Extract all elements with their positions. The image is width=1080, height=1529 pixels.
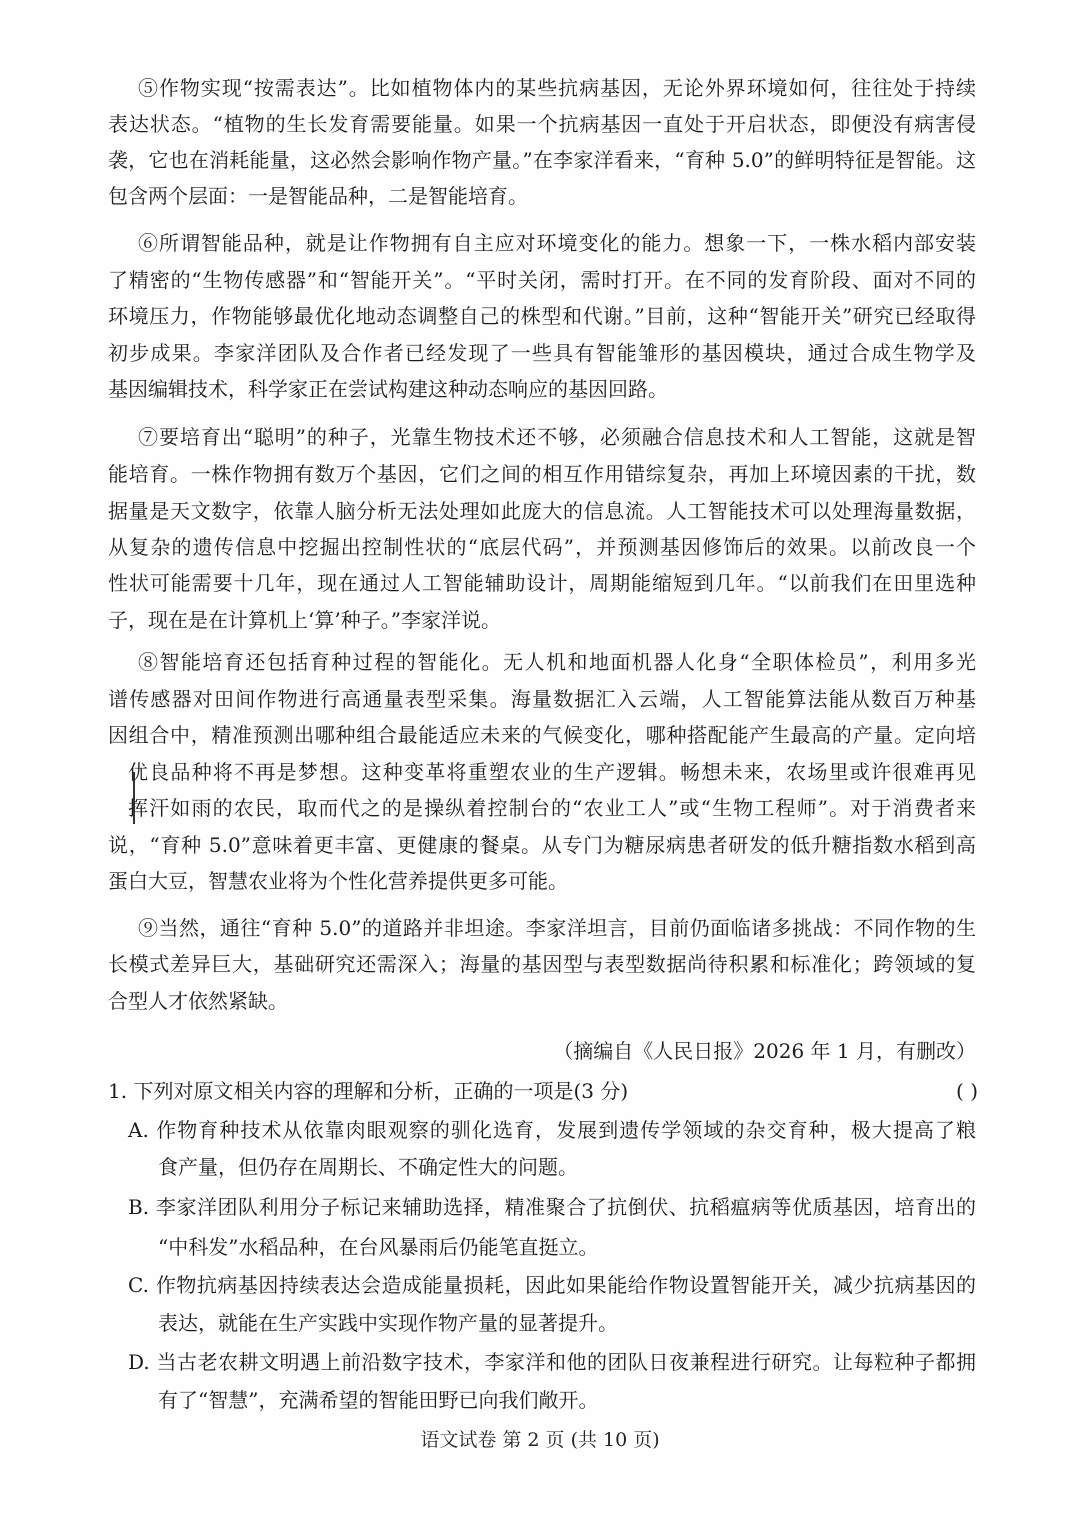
text-line: 说，“育种 5.0”意味着更丰富、更健康的餐桌。从专门为糖尿病患者研发的低升糖指… (108, 833, 976, 857)
option-line: 有了“智慧”，充满希望的智能田野已向我们敞开。 (158, 1388, 976, 1412)
text-line: 了精密的“生物传感器”和“智能开关”。“平时关闭，需时打开。在不同的发育阶段、面… (108, 268, 976, 292)
text-line: ⑨当然，通往“育种 5.0”的道路并非坦途。李家洋坦言，目前仍面临诸多挑战：不同… (138, 916, 976, 940)
source-citation: （摘编自《人民日报》2026 年 1 月，有删改） (553, 1039, 976, 1063)
option-line: B. 李家洋团队利用分子标记来辅助选择，精准聚合了抗倒伏、抗稻瘟病等优质基因，培… (128, 1195, 976, 1219)
text-line: 性状可能需要十几年，现在通过人工智能辅助设计，周期能缩短到几年。“以前我们在田里… (108, 571, 976, 595)
text-line: 初步成果。李家洋团队及合作者已经发现了一些具有智能雏形的基因模块，通过合成生物学… (108, 341, 976, 365)
option-line: 表达，就能在生产实践中实现作物产量的显著提升。 (158, 1311, 976, 1335)
text-line: ⑦要培育出“聪明”的种子，光靠生物技术还不够，必须融合信息技术和人工智能，这就是… (138, 425, 976, 449)
text-line: 据量是天文数字，依靠人脑分析无法处理如此庞大的信息流。人工智能技术可以处理海量数… (108, 499, 976, 523)
text-line: 长模式差异巨大，基础研究还需深入；海量的基因型与表型数据尚待积累和标准化；跨领域… (108, 952, 976, 976)
text-line: 基因编辑技术，科学家正在尝试构建这种动态响应的基因回路。 (108, 377, 976, 401)
option-line: C. 作物抗病基因持续表达会造成能量损耗，因此如果能给作物设置智能开关，减少抗病… (128, 1273, 976, 1297)
text-line: ⑧智能培育还包括育种过程的智能化。无人机和地面机器人化身“全职体检员”，利用多光 (138, 650, 976, 674)
text-line: 挥汗如雨的农民，取而代之的是操纵着控制台的“农业工人”或“生物工程师”。对于消费… (128, 796, 976, 820)
text-line: 因组合中，精准预测出哪种组合最能适应未来的气候变化，哪种搭配能产生最高的产量。定… (108, 723, 976, 747)
text-line: 能培育。一株作物拥有数万个基因，它们之间的相互作用错综复杂，再加上环境因素的干扰… (108, 462, 976, 486)
pen-mark (133, 772, 135, 824)
page-footer: 语文试卷 第 2 页 (共 10 页) (0, 1428, 1080, 1452)
text-line: 袭，它也在消耗能量，这必然会影响作物产量。”在李家洋看来，“育种 5.0”的鲜明… (108, 148, 976, 172)
text-line: ⑤作物实现“按需表达”。比如植物体内的某些抗病基因，无论外界环境如何，往往处于持… (138, 76, 976, 100)
option-line: “中科发”水稻品种，在台风暴雨后仍能笔直挺立。 (158, 1235, 976, 1259)
text-line: 环境压力，作物能够最优化地动态调整自己的株型和代谢。”目前，这种“智能开关”研究… (108, 304, 976, 328)
text-line: 表达状态。“植物的生长发育需要能量。如果一个抗病基因一直处于开启状态，即便没有病… (108, 112, 976, 136)
option-line: 食产量，但仍存在周期长、不确定性大的问题。 (158, 1155, 976, 1179)
text-line: 谱传感器对田间作物进行高通量表型采集。海量数据汇入云端，人工智能算法能从数百万种… (108, 687, 976, 711)
text-line: 合型人才依然紧缺。 (108, 989, 976, 1013)
text-line: 优良品种将不再是梦想。这种变革将重塑农业的生产逻辑。畅想未来，农场里或许很难再见 (128, 760, 976, 784)
text-line: 包含两个层面：一是智能品种，二是智能培育。 (108, 184, 976, 208)
text-line: 从复杂的遗传信息中挖掘出控制性状的“底层代码”，并预测基因修饰后的效果。以前改良… (108, 535, 976, 559)
text-line: 子，现在是在计算机上‘算’种子。”李家洋说。 (108, 608, 976, 632)
text-line: ⑥所谓智能品种，就是让作物拥有自主应对环境变化的能力。想象一下，一株水稻内部安装 (138, 231, 976, 255)
question-1: 1. 下列对原文相关内容的理解和分析，正确的一项是(3 分) ( ) (108, 1079, 976, 1103)
option-line: A. 作物育种技术从依靠肉眼观察的驯化选育，发展到遗传学领域的杂交育种，极大提高… (128, 1118, 976, 1142)
option-line: D. 当古老农耕文明遇上前沿数字技术，李家洋和他的团队日夜兼程进行研究。让每粒种… (128, 1350, 976, 1374)
exam-page: ⑤作物实现“按需表达”。比如植物体内的某些抗病基因，无论外界环境如何，往往处于持… (0, 0, 1080, 1529)
answer-blank[interactable]: ( ) (956, 1079, 978, 1103)
question-stem: 1. 下列对原文相关内容的理解和分析，正确的一项是(3 分) (108, 1079, 628, 1103)
text-line: 蛋白大豆，智慧农业将为个性化营养提供更多可能。 (108, 869, 976, 893)
